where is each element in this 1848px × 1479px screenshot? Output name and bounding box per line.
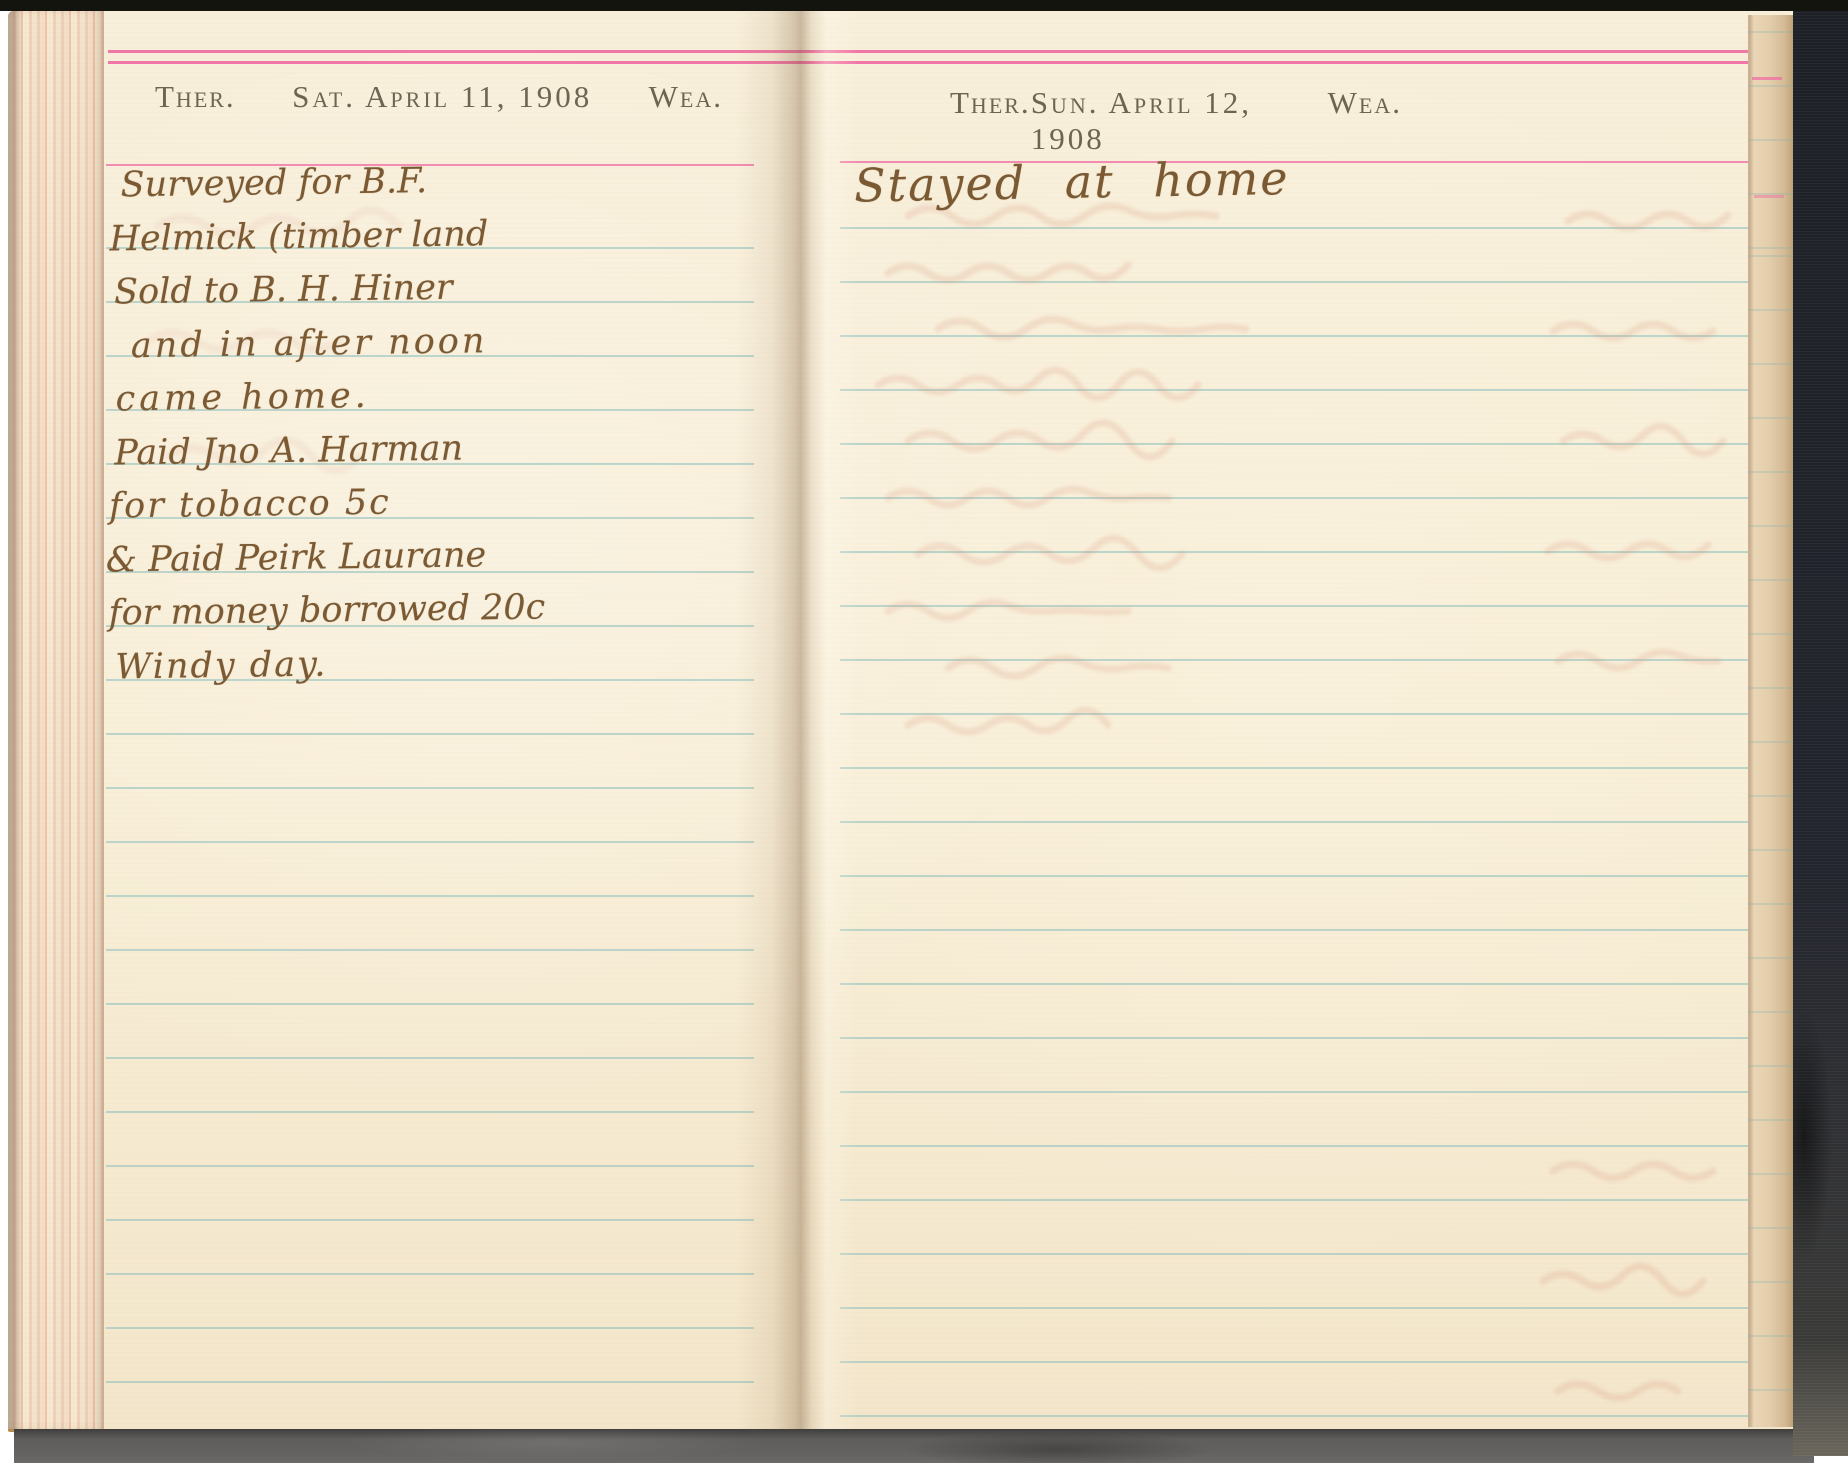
right-page-header: Ther. Sun. April 12, 1908 Wea. [950, 85, 1402, 157]
left-page-header: Ther. Sat. April 11, 1908 Wea. [155, 79, 723, 115]
right-wea-label: Wea. [1328, 85, 1402, 121]
left-page-entry: Surveyed for B.F. Helmick (timber land S… [100, 150, 767, 694]
scanner-background-top [0, 0, 1848, 11]
entry-line: Stayed at home [854, 147, 1495, 212]
right-page-date: Sun. April 12, 1908 [1031, 85, 1328, 157]
entry-line: and in after noon [103, 311, 764, 374]
entry-line: Surveyed for B.F. [100, 150, 761, 213]
entry-line: Helmick (timber land [101, 204, 762, 267]
book-cover-cloth [1793, 0, 1848, 1456]
edge-pink-tick [1752, 77, 1782, 80]
entry-line: Sold to B. H. Hiner [102, 257, 763, 320]
diary-spread: Ther. Sat. April 11, 1908 Wea. Ther. Sun… [8, 11, 1794, 1432]
right-page-entry: Stayed at home [854, 147, 1495, 212]
entry-line: Paid Jno A. Harman [104, 418, 765, 481]
entry-line: & Paid Peirk Laurane [106, 525, 767, 588]
diary-scan: Ther. Sat. April 11, 1908 Wea. Ther. Sun… [0, 0, 1848, 1479]
top-rule-1 [108, 50, 1794, 53]
top-rule-2 [108, 61, 1794, 64]
entry-line: for tobacco 5c [105, 471, 766, 534]
edge-pink-tick [1754, 195, 1784, 198]
right-page-fore-edge [1748, 15, 1794, 1427]
entry-line: for money borrowed 20c [106, 578, 767, 641]
entry-line: came home. [103, 364, 764, 427]
left-wea-label: Wea. [649, 79, 723, 115]
left-page-date: Sat. April 11, 1908 [292, 79, 592, 115]
page-stack-edges [8, 11, 104, 1429]
right-ther-label: Ther. [950, 85, 1031, 121]
right-page-rules [840, 227, 1748, 1417]
left-ther-label: Ther. [155, 79, 236, 115]
entry-line: Windy day. [107, 632, 768, 695]
scan-shadow-bottom [14, 1429, 1814, 1463]
